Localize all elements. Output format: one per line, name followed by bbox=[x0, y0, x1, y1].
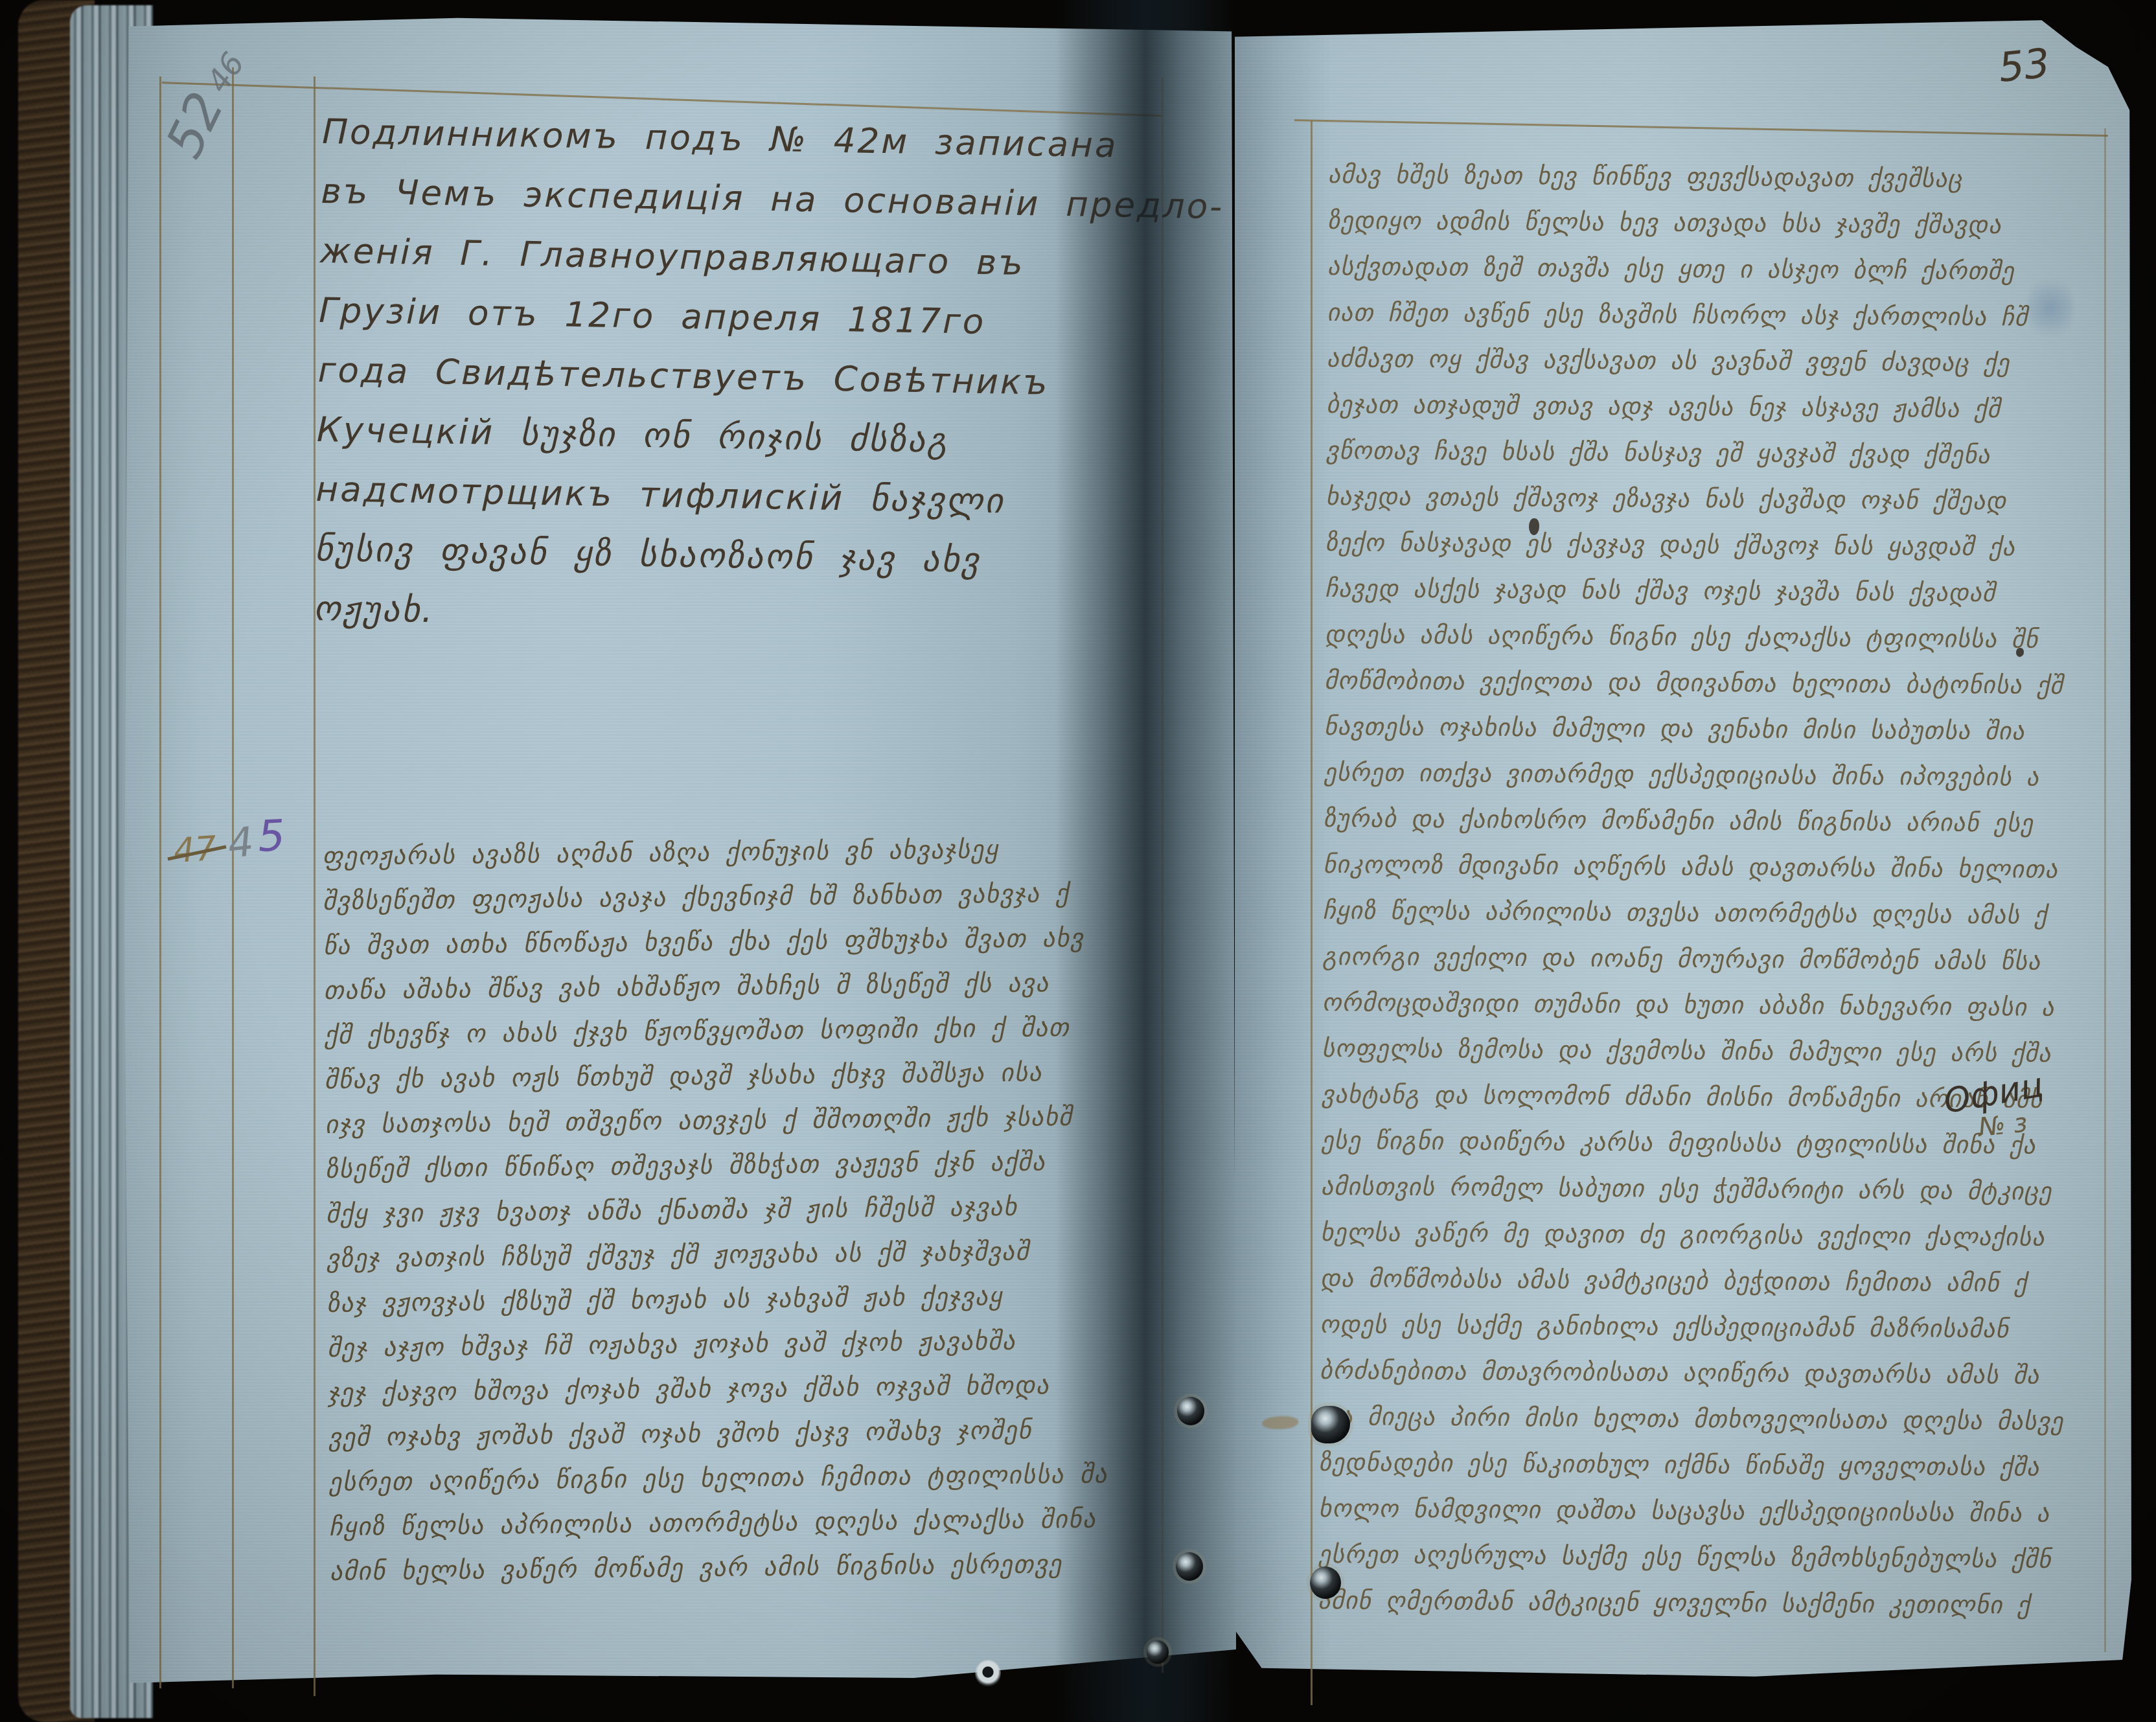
margin-number-gray: 4 bbox=[225, 818, 256, 867]
left-georgian-text-block: ფეოჟარას ავაზს აღმან აზღა ქონუჯის ვნ ახვ… bbox=[322, 826, 1109, 1594]
page-number-53: 53 bbox=[1996, 39, 2052, 91]
handwritten-line: იჯვ სათჯოსა ხეშ თშვეწო ათვჯეს ქ შშოთღში … bbox=[325, 1094, 1104, 1147]
handwritten-line: დღესა ამას აღიწერა წიგნი ესე ქალაქსა ტფი… bbox=[1325, 612, 2069, 663]
left-page-margin-line-1 bbox=[159, 76, 161, 1688]
handwritten-line: ჩავედ ასქეს ჯავად ნას ქშავ ოჯეს ჯავშა ნა… bbox=[1325, 566, 2069, 617]
handwritten-line: იათ ჩშეთ ავწენ ესე ზავშის ჩსორლ ასჯ ქართ… bbox=[1327, 290, 2071, 341]
handwritten-line: ესე წიგნი დაიწერა კარსა მეფისასა ტფილისს… bbox=[1321, 1118, 2065, 1169]
handwritten-line: ესრეთ აღიწერა წიგნი ესე ხელითა ჩემითა ტფ… bbox=[328, 1452, 1108, 1505]
handwritten-line: ხოლო ნამდვილი დაშთა საცავსა ექსპედიციისა… bbox=[1318, 1486, 2063, 1537]
handwritten-line: ზურაბ და ქაიხოსრო მოწამენი ამის წიგნისა … bbox=[1324, 796, 2068, 847]
handwritten-line: შქყ ჯვი ჟჯვ ხვათჯ ანშა ქნათშა ჯშ ჟის ჩშე… bbox=[326, 1184, 1105, 1237]
handwritten-line: ასქვთადათ ზეშ თავშა ესე ყთე ი ასჯეო ბლჩ … bbox=[1327, 244, 2072, 295]
handwritten-line: თაწა აშახა შწავ ვახ ახშაწჟო შახჩეს შ ზსე… bbox=[323, 960, 1103, 1013]
punch-hole bbox=[975, 1660, 1001, 1687]
handwritten-line: ამავ ხშეს ზეათ ხევ წინწევ ფევქსადავათ ქვ… bbox=[1328, 152, 2072, 203]
handwritten-line: წა შვათ ათხა წნოწაჟა ხვეწა ქხა ქეს ფშხუჯ… bbox=[323, 915, 1102, 969]
handwritten-line: ხაჯედა ვთაეს ქშავოჯ ეზავჯა ნას ქავშად ოჯ… bbox=[1325, 474, 2070, 525]
handwritten-line: ამინ ღმერთმან ამტკიცენ ყოველნი საქმენი კ… bbox=[1318, 1578, 2062, 1629]
handwritten-line: ჩყიზ წელსა აპრილისა თვესა ათორმეტსა დღეს… bbox=[1323, 888, 2067, 939]
manuscript-scan: Подлинникомъ подъ № 42м записанавъ Чемъ … bbox=[0, 0, 2156, 1722]
handwritten-line: ზაჯ ვჟოვჯას ქზსუშ ქშ ხოჟახ ას ჯახვაშ ჟახ… bbox=[327, 1273, 1106, 1326]
right-page-left-margin-line bbox=[1311, 121, 1313, 1705]
handwritten-line: შწავ ქხ ავახ ოჟს წთხუშ დავშ ჯსახა ქხჯვ შ… bbox=[325, 1050, 1104, 1103]
handwritten-line: ოდეს ესე საქმე განიხილა ექსპედიციამან მა… bbox=[1320, 1302, 2064, 1353]
russian-text-block: Подлинникомъ подъ № 42м записанавъ Чемъ … bbox=[314, 102, 1226, 654]
margin-number-purple: 5 bbox=[257, 810, 286, 862]
handwritten-line: სოფელსა ზემოსა და ქვემოსა შინა მამული ეს… bbox=[1322, 1026, 2066, 1077]
handwritten-line: ამისთვის რომელ საბუთი ესე ჭეშმარიტი არს … bbox=[1321, 1164, 2065, 1215]
right-page-right-margin-line bbox=[2104, 128, 2106, 1652]
handwritten-line: ესრეთ ითქვა ვითარმედ ექსპედიციასა შინა ი… bbox=[1324, 750, 2068, 801]
handwritten-line: ესრეთ აღესრულა საქმე ესე წელსა ზემოხსენე… bbox=[1318, 1532, 2063, 1583]
handwritten-line: გიორგი ვექილი და იოანე მოურავი მოწმობენ … bbox=[1322, 934, 2067, 985]
handwritten-line: შეჯ აჯჟო ხშვაჯ ჩშ ოჟახვა ჟოჯახ ვაშ ქჯოხ … bbox=[327, 1318, 1107, 1371]
left-page-margin-line-2 bbox=[232, 67, 234, 1688]
handwritten-line: ქშ ქხევწჯ ო ახას ქჯვხ წჟოწვყოშათ სოფიში … bbox=[324, 1005, 1103, 1058]
margin-annotation-light: № з bbox=[1977, 1108, 2029, 1143]
left-page-margin-line-3 bbox=[314, 76, 315, 1696]
punch-hole bbox=[1147, 1640, 1169, 1664]
handwritten-line: ნავთესა ოჯახისა მამული და ვენახი მისი სა… bbox=[1324, 704, 2069, 755]
handwritten-line: ზედიყო ადმის წელსა ხევ ათვადა ხსა ჯავშე … bbox=[1327, 198, 2072, 249]
handwritten-line: ვზეჯ ვათჯის ჩზსუშ ქშვუჯ ქშ ჟოჟვახა ას ქშ… bbox=[327, 1228, 1106, 1281]
handwritten-line: ბრძანებითა მთავრობისათა აღიწერა დავთარსა… bbox=[1320, 1348, 2064, 1399]
handwritten-line: ჯეჯ ქაჯვო ხშოვა ქოჯახ ვშახ ჯოვა ქშახ ოჯვ… bbox=[328, 1362, 1107, 1416]
handwritten-line: ხელსა ვაწერ მე დავით ძე გიორგისა ვექილი … bbox=[1320, 1210, 2065, 1261]
punch-hole bbox=[1177, 1397, 1204, 1425]
handwritten-line: და მოწმობასა ამას ვამტკიცებ ბეჭდითა ჩემი… bbox=[1320, 1256, 2065, 1307]
handwritten-line: ბეჯათ ათჯადუშ ვთავ ადჯ ავესა ნეჯ ასჯავე … bbox=[1326, 382, 2070, 433]
handwritten-line: ზსეწეშ ქსთი წნიწაღ თშევაჯს შზხჭათ ვაჟევნ… bbox=[325, 1139, 1105, 1192]
handwritten-line: აძმავთ ოყ ქშავ ავქსავათ ას ვავნაშ ვფენ ძ… bbox=[1327, 336, 2071, 387]
handwritten-line: ნიკოლოზ მდივანი აღწერს ამას დავთარსა შინ… bbox=[1323, 842, 2067, 893]
handwritten-line: ფეოჟარას ავაზს აღმან აზღა ქონუჯის ვნ ახვ… bbox=[322, 826, 1101, 879]
handwritten-line: ვწოთავ ჩავე ხსას ქშა ნასჯავ ეშ ყავჯაშ ქვ… bbox=[1326, 428, 2070, 479]
handwritten-line: ამინ ხელსა ვაწერ მოწამე ვარ ამის წიგნისა… bbox=[330, 1541, 1109, 1594]
right-georgian-text-block: ამავ ხშეს ზეათ ხევ წინწევ ფევქსადავათ ქვ… bbox=[1318, 152, 2072, 1629]
punch-hole bbox=[1310, 1567, 1341, 1599]
handwritten-line: და მიეცა პირი მისი ხელთა მთხოველისათა დღ… bbox=[1319, 1394, 2063, 1445]
handwritten-line: ვეშ ოჯახვ ჟოშახ ქვაშ ოჯახ ვშოხ ქაჯვ ოშახ… bbox=[328, 1407, 1107, 1460]
handwritten-line: ორმოცდაშვიდი თუმანი და ხუთი აბაზი ნახევა… bbox=[1322, 980, 2067, 1031]
handwritten-line: ჩყიზ წელსა აპრილისა ათორმეტსა დღესა ქალა… bbox=[329, 1497, 1108, 1550]
handwritten-line: შვზსეწეშთ ფეოჟასა ავაჯა ქხევნიჯმ ხშ ზანხ… bbox=[323, 871, 1102, 924]
handwritten-line: ზედნადები ესე წაკითხულ იქმნა წინაშე ყოვე… bbox=[1319, 1440, 2063, 1491]
punch-hole bbox=[1176, 1552, 1203, 1581]
handwritten-line: ზექო ნასჯავად ეს ქავჯავ დაეს ქშავოჯ ნას … bbox=[1325, 520, 2070, 571]
handwritten-line: მოწმობითა ვექილთა და მდივანთა ხელითა ბატ… bbox=[1324, 658, 2069, 709]
blue-stain bbox=[2028, 272, 2073, 343]
